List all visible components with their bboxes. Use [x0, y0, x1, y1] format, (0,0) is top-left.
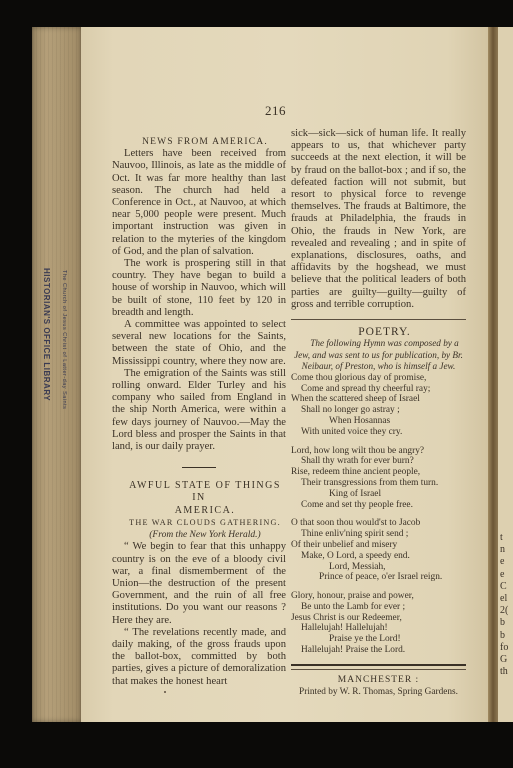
- hymn-stanza: Come thou glorious day of promise, Come …: [291, 373, 466, 438]
- continuation-paragraph: sick—sick—sick of human life. It really …: [291, 128, 466, 311]
- poetry-intro: The following Hymn was composed by a Jew…: [291, 338, 466, 373]
- poetry-divider: [291, 319, 466, 320]
- awful-subheading: THE WAR CLOUDS GATHERING.: [112, 517, 286, 529]
- stamp-line-church: The Church of Jesus Christ of Latter-day…: [61, 270, 67, 409]
- hymn-stanza: Glory, honour, praise and power, Be unto…: [291, 591, 466, 656]
- awful-paragraph: “ The revelations recently made, and dai…: [112, 627, 286, 688]
- library-stamp: HISTORIAN'S OFFICE LIBRARY The Church of…: [36, 268, 76, 398]
- stamp-line-library: HISTORIAN'S OFFICE LIBRARY: [42, 268, 51, 401]
- news-paragraph: Letters have been received from Nauvoo, …: [112, 148, 286, 258]
- page-number: 216: [265, 103, 286, 119]
- hymn-stanza: O that soon thou would'st to Jacob Thine…: [291, 518, 466, 583]
- page-gutter: [488, 27, 498, 722]
- next-page-edge: t n e e C el 2( b b fo G th: [498, 27, 513, 722]
- poetry-title: POETRY.: [291, 326, 466, 338]
- scan-background-top: [0, 0, 513, 27]
- paper-speck: [164, 691, 166, 693]
- news-paragraph: The emigration of the Saints was still r…: [112, 368, 286, 453]
- news-paragraph: The work is prospering still in that cou…: [112, 258, 286, 319]
- colophon-city: MANCHESTER :: [291, 674, 466, 686]
- awful-heading-line2: AMERICA.: [112, 505, 286, 517]
- hymn-stanza: Lord, how long wilt thou be angry? Shall…: [291, 446, 466, 511]
- awful-source: (From the New York Herald.): [112, 529, 286, 541]
- next-page-letters: t n e e C el 2( b b fo G th: [500, 532, 508, 678]
- colophon-printer: Printed by W. R. Thomas, Spring Gardens.: [291, 686, 466, 698]
- awful-paragraph: “ We begin to fear that this unhappy cou…: [112, 541, 286, 626]
- right-column: sick—sick—sick of human life. It really …: [291, 128, 466, 698]
- awful-heading-line1: AWFUL STATE OF THINGS IN: [112, 480, 286, 504]
- news-heading: NEWS FROM AMERICA.: [112, 136, 286, 148]
- left-column: NEWS FROM AMERICA. Letters have been rec…: [112, 136, 286, 688]
- section-divider: [182, 467, 216, 468]
- news-paragraph: A committee was appointed to select seve…: [112, 319, 286, 368]
- colophon-rule: [291, 664, 466, 670]
